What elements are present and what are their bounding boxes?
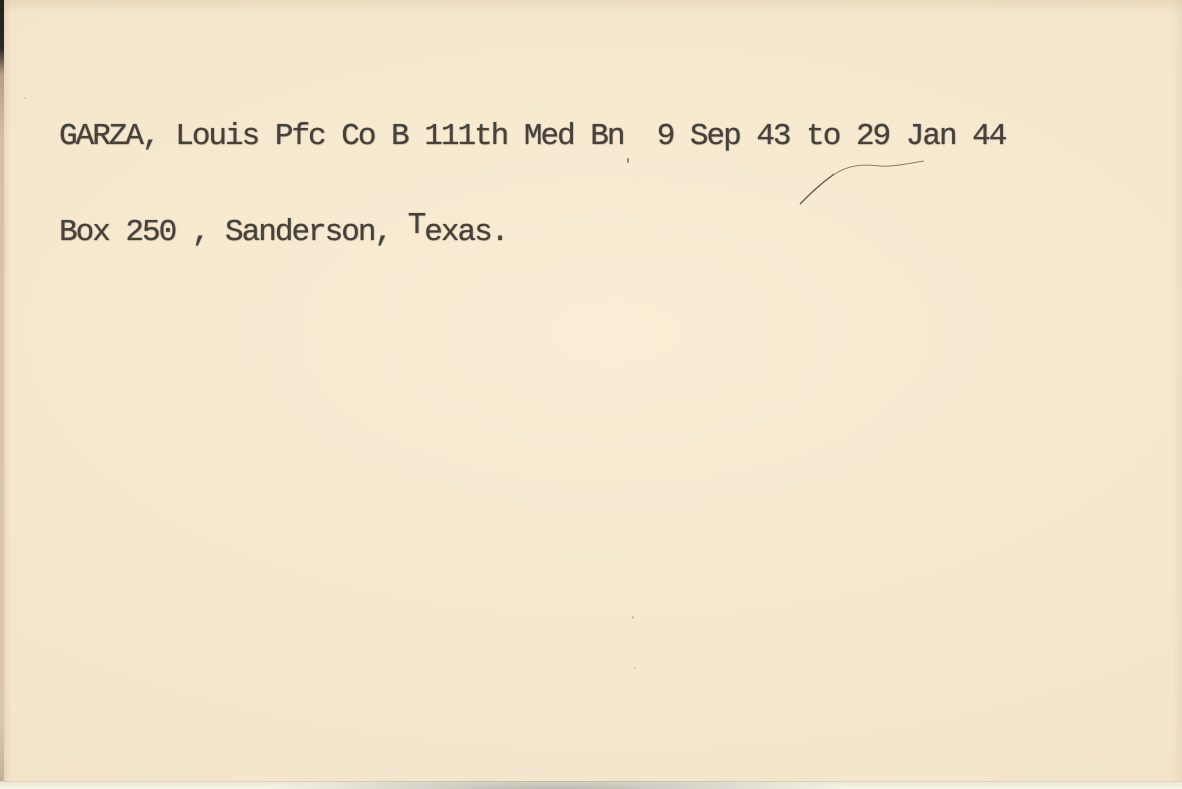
scan-right-edge-shading (1172, 0, 1182, 789)
ink-speck (24, 97, 26, 99)
scan-top-shading (0, 0, 1182, 14)
address-prefix: Box 250 , Sanderson, (59, 215, 408, 250)
scan-left-edge-soft-shadow (4, 0, 12, 789)
address-suffix: exas. (424, 215, 507, 250)
typed-line-service-record: GARZA, Louis Pfc Co B 111th Med Bn 9 Sep… (59, 121, 1005, 153)
scan-bottom-edge (0, 781, 1182, 789)
typed-line-address: Box 250 , Sanderson, Texas. (59, 217, 1005, 249)
scan-left-edge-shadow (0, 0, 4, 789)
ink-speck (632, 616, 634, 619)
address-raised-letter: T (408, 210, 425, 242)
index-card: GARZA, Louis Pfc Co B 111th Med Bn 9 Sep… (0, 0, 1182, 789)
typed-text-block: GARZA, Louis Pfc Co B 111th Med Bn 9 Sep… (59, 57, 1005, 313)
ink-speck (634, 667, 636, 669)
